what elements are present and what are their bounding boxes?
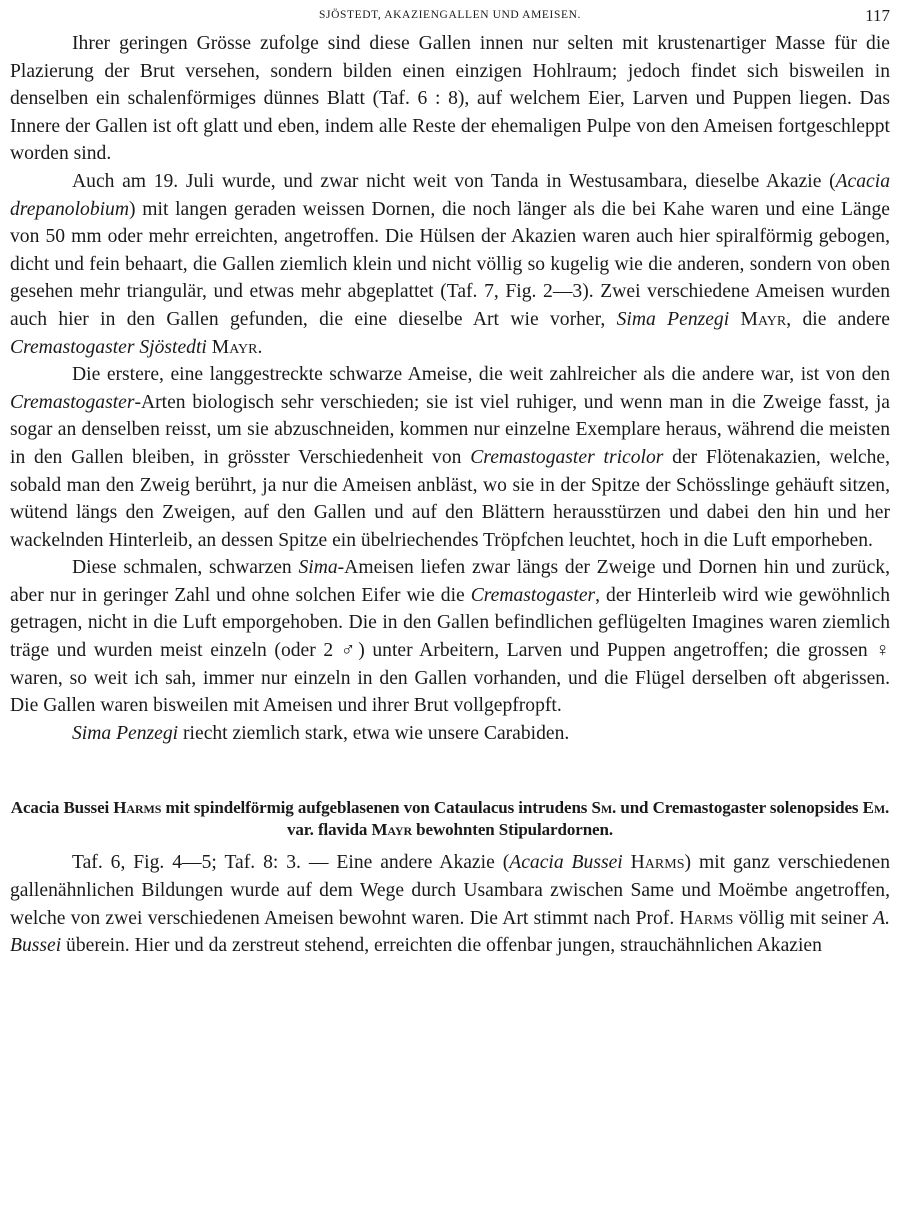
text-run: bewohnten Stipulardornen.	[412, 820, 613, 839]
text-run: Auch am 19. Juli wurde, und zwar nicht w…	[72, 171, 836, 192]
paragraph: Sima Penzegi riecht ziemlich stark, etwa…	[10, 720, 890, 748]
text-run: Diese schmalen, schwarzen	[72, 557, 298, 578]
text-run: .	[257, 337, 262, 358]
italic-term: Acacia Bussei	[509, 852, 622, 873]
running-header: Sjöstedt, Akaziengallen und Ameisen. 117	[10, 0, 890, 30]
italic-term: Sima Penzegi	[617, 309, 730, 330]
author-name: Sm.	[591, 798, 616, 817]
section-body: Taf. 6, Fig. 4—5; Taf. 8: 3. — Eine ande…	[10, 849, 890, 959]
paragraph: Die erstere, eine langgestreckte schwarz…	[10, 361, 890, 554]
text-run: Die erstere, eine langgestreckte schwarz…	[72, 364, 890, 385]
author-name: Harms	[680, 908, 734, 929]
body-text: Ihrer geringen Grösse zufolge sind diese…	[10, 30, 890, 747]
author-name: Mayr	[371, 820, 412, 839]
paragraph: Ihrer geringen Grösse zufolge sind diese…	[10, 30, 890, 168]
italic-term: Cremastogaster tricolor	[470, 447, 663, 468]
italic-term: Sima	[298, 557, 337, 578]
text-run: Taf. 6, Fig. 4—5; Taf. 8: 3. — Eine ande…	[72, 852, 509, 873]
text-run: völlig mit seiner	[733, 908, 873, 929]
text-run: überein. Hier und da zerstreut stehend, …	[61, 935, 822, 956]
page-number: 117	[865, 6, 890, 26]
italic-term: Cremastogaster Sjöstedti	[10, 337, 207, 358]
paragraph: Taf. 6, Fig. 4—5; Taf. 8: 3. — Eine ande…	[10, 849, 890, 959]
paragraph: Diese schmalen, schwarzen Sima-Ameisen l…	[10, 554, 890, 720]
text-run: Acacia Bussei	[11, 798, 114, 817]
text-run	[729, 309, 740, 330]
italic-term: Cre­mastogaster	[471, 585, 595, 606]
text-run: riecht ziemlich stark, etwa wie unsere C…	[178, 723, 569, 744]
text-run: var. flavida	[287, 820, 372, 839]
text-run: Ihrer geringen Grösse zufolge sind diese…	[10, 33, 890, 164]
italic-term: Sima Penzegi	[72, 723, 178, 744]
text-run: und Cremastogaster solenopsides	[616, 798, 862, 817]
text-run	[623, 852, 631, 873]
paragraph: Auch am 19. Juli wurde, und zwar nicht w…	[10, 168, 890, 361]
author-name: Harms	[631, 852, 685, 873]
document-page: Sjöstedt, Akaziengallen und Ameisen. 117…	[10, 0, 890, 960]
running-title: Sjöstedt, Akaziengallen und Ameisen.	[10, 9, 890, 21]
section-heading: Acacia Bussei Harms mit spindelförmig au…	[10, 797, 890, 841]
italic-term: Cremastogaster	[10, 392, 134, 413]
text-run: mit spindelförmig aufgeblasenen von Cata…	[161, 798, 591, 817]
text-run: , die andere	[786, 309, 890, 330]
author-name: Harms	[113, 798, 161, 817]
author-name: Mayr	[212, 337, 258, 358]
author-name: Mayr	[741, 309, 787, 330]
author-name: Em.	[863, 798, 890, 817]
